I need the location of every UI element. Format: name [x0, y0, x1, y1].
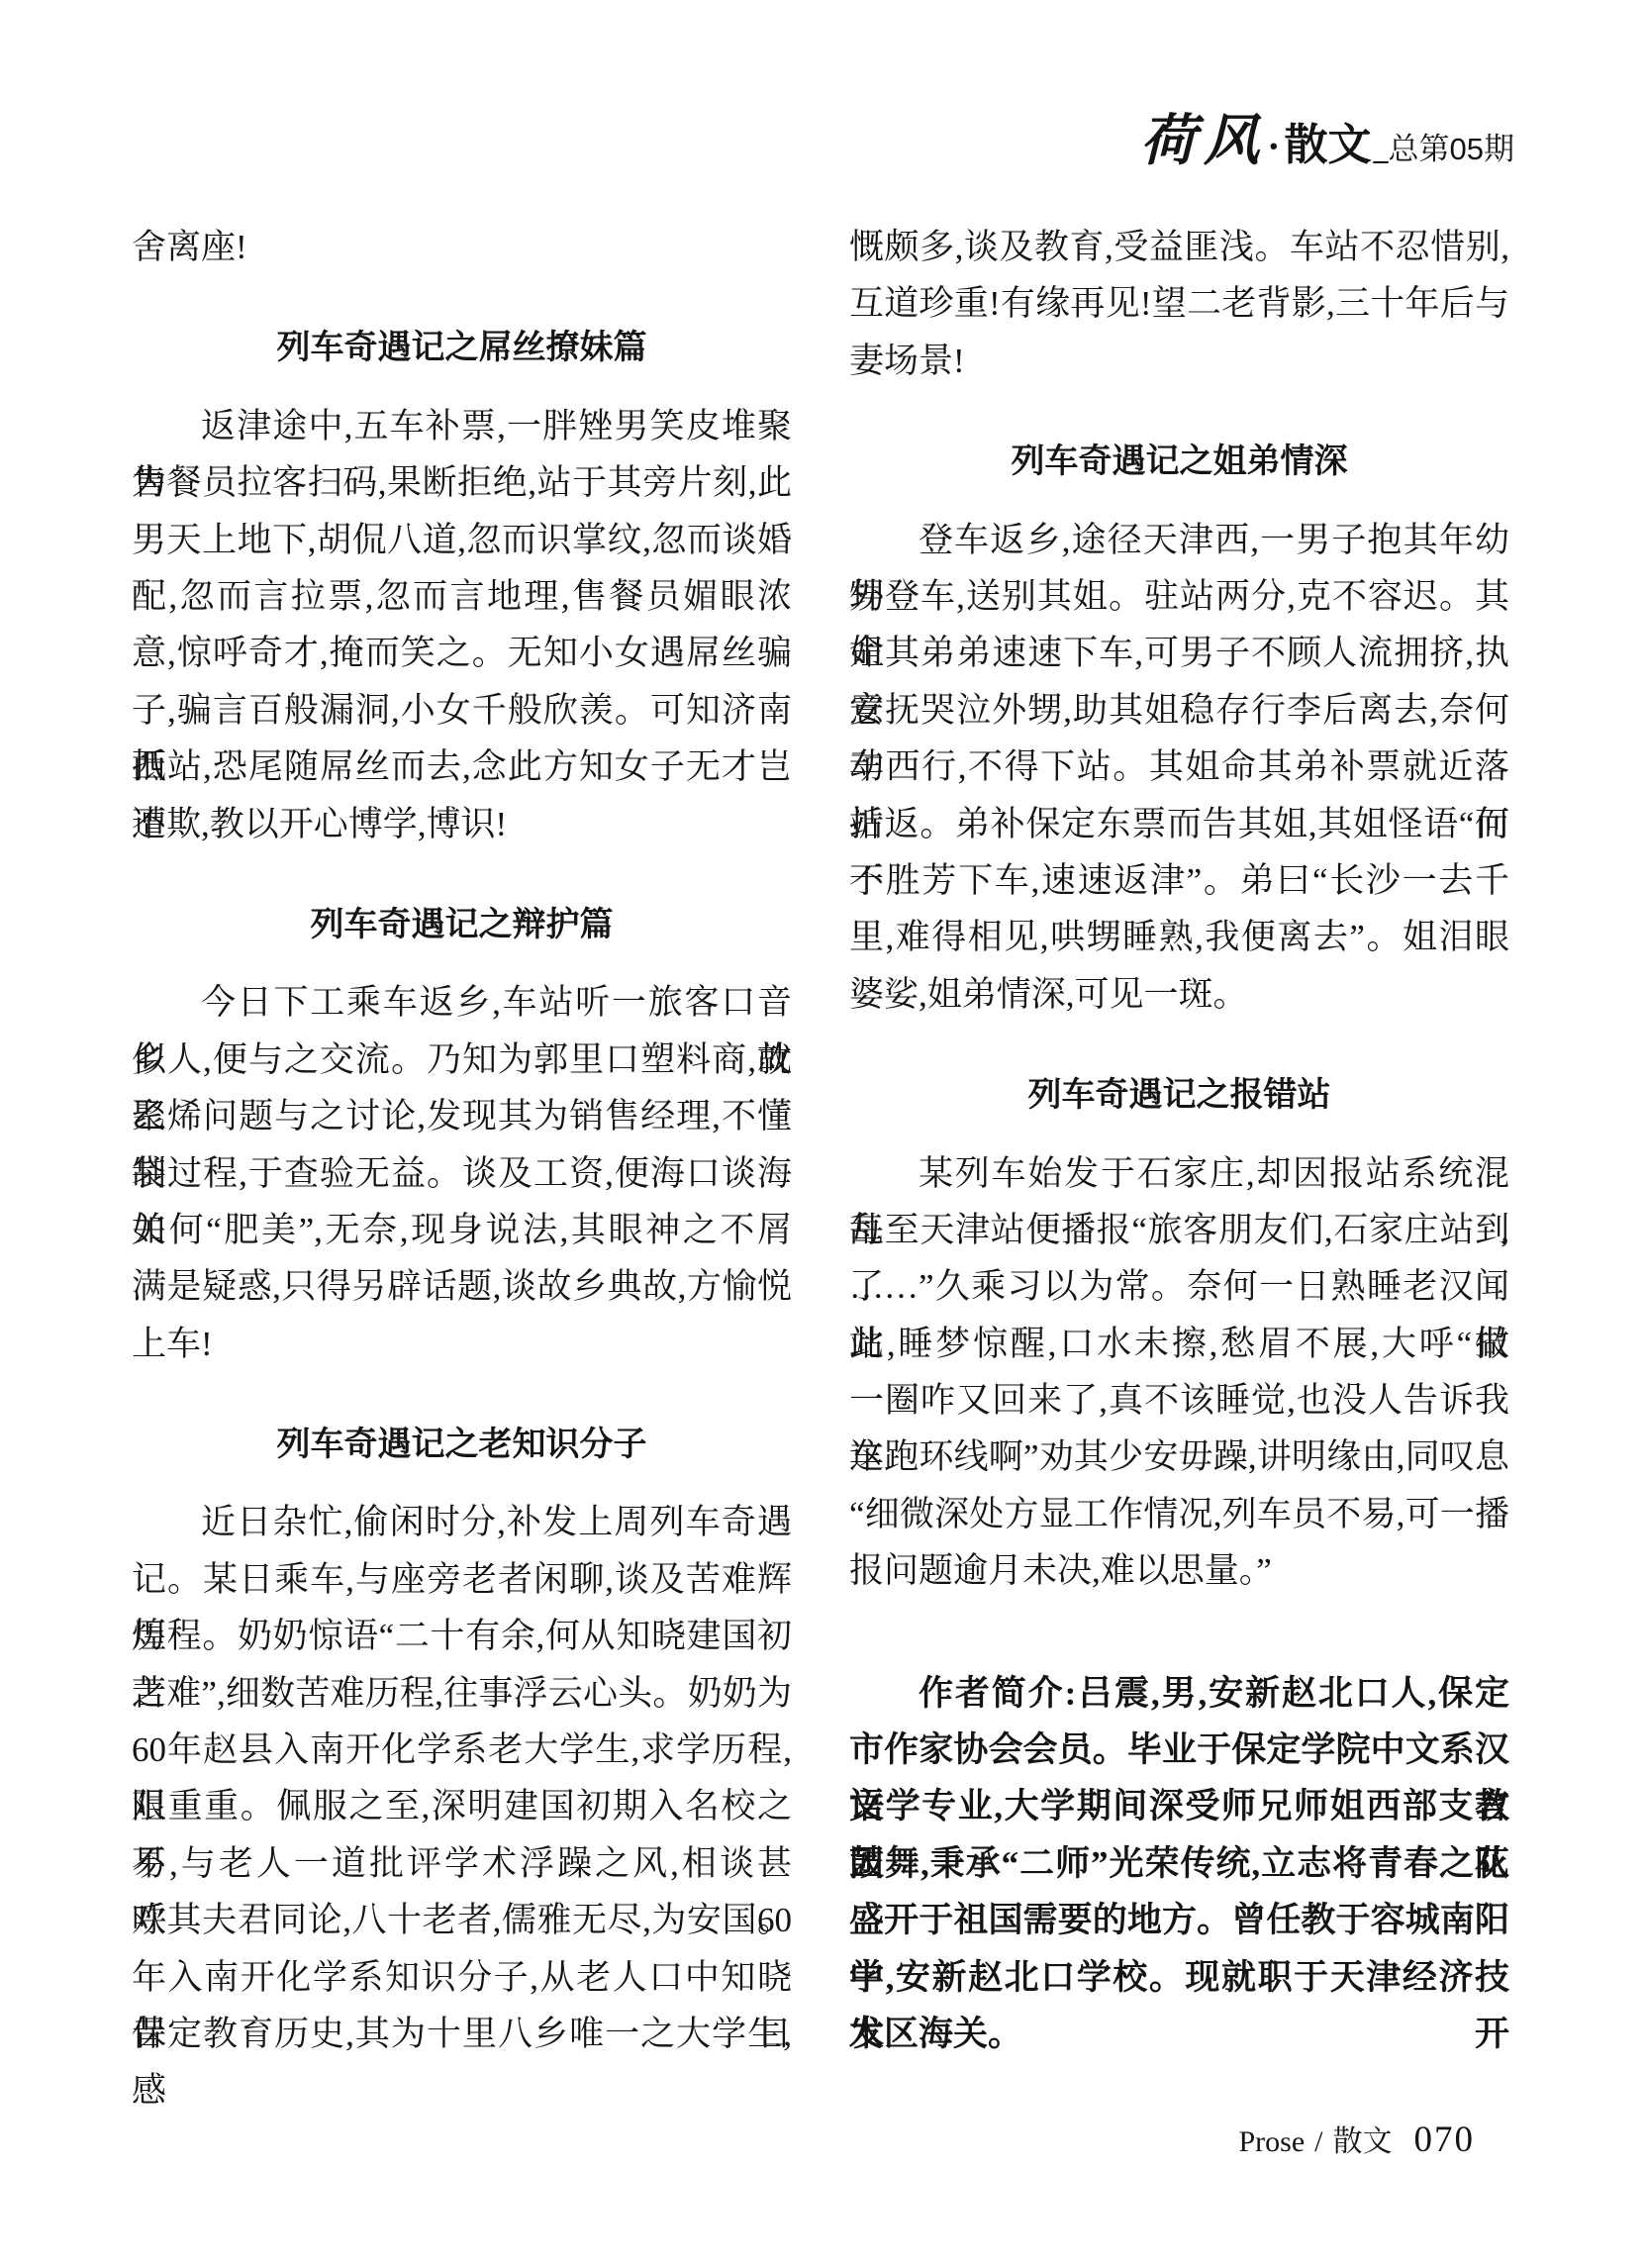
text-line: 遭欺,教以开心博学,博识!: [132, 796, 792, 852]
text-line: 满是疑惑,只得另辟话题,谈故乡典故,方愉悦: [132, 1258, 792, 1315]
paragraph: 某列车始发于石家庄,却因报站系统混乱,每至天津站便播报“旅客朋友们,石家庄站到了…: [849, 1145, 1509, 1600]
text-line: ……”久乘习以为常。奈何一日熟睡老汉闻此报: [849, 1258, 1509, 1315]
paragraph: 舍离座!: [132, 219, 792, 275]
text-line: 安抚哭泣外甥,助其姐稳存行李后离去,奈何车: [849, 682, 1509, 739]
logo-underscore: _: [1374, 134, 1389, 167]
footer-label-en: Prose: [1238, 2125, 1305, 2159]
text-line: 乡人,便与之交流。乃知为郭里口塑料商,就聚: [132, 1032, 792, 1088]
text-line: 作者简介:吕震,男,安新赵北口人,保定: [849, 1665, 1509, 1722]
text-line: 今日下工乘车返乡,车站听一旅客口音似故: [132, 974, 792, 1031]
text-line: 记。某日乘车,与座旁老者闲聊,谈及苦难辉煌: [132, 1551, 792, 1608]
paragraph: 今日下工乘车返乡,车站听一旅客口音似故乡人,便与之交流。乃知为郭里口塑料商,就聚…: [132, 974, 792, 1372]
issue-number: 总第05期: [1389, 124, 1514, 168]
paragraph: 返津途中,五车补票,一胖矬男笑皮堆聚为售餐员拉客扫码,果断拒绝,站于其旁片刻,此…: [132, 398, 792, 852]
page-footer: Prose / 散文 070: [1238, 2117, 1475, 2161]
footer-separator: /: [1314, 2125, 1322, 2159]
text-line: 意,惊呼奇才,掩而笑之。无知小女遇屌丝骗: [132, 625, 792, 681]
text-line: 60年赵县入南开化学系老大学生,求学历程,艰: [132, 1722, 792, 1778]
text-line: 报问题逾月未决,难以思量。”: [849, 1542, 1509, 1599]
text-line: 盛开于祖国需要的地方。曾任教于容城南阳中: [849, 1892, 1509, 1948]
text-line: 一圈咋又回来了,真不该睡觉,也没人告诉我这: [849, 1372, 1509, 1429]
text-line: 苦难”,细数苦难历程,往事浮云心头。奶奶为: [132, 1665, 792, 1722]
text-line: 每至天津站便播报“旅客朋友们,石家庄站到了: [849, 1202, 1509, 1258]
text-line: 如何“肥美”,无奈,现身说法,其眼神之不屑: [132, 1202, 792, 1258]
column-right: 慨颇多,谈及教育,受益匪浅。车站不忍惜别,互道珍重!有缘再见!望二老背影,三十年…: [849, 219, 1509, 2062]
text-line: 返津途中,五车补票,一胖矬男笑皮堆聚为: [132, 398, 792, 454]
text-line: 配,忽而言拉票,忽而言地理,售餐员媚眼浓: [132, 568, 792, 625]
logo-dot-separator: ·: [1267, 123, 1280, 169]
text-line: 动西行,不得下站。其姐命其弟补票就近落站而: [849, 739, 1509, 795]
footer-label-zh: 散文: [1333, 2117, 1393, 2160]
paragraph: 近日杂忙,偷闲时分,补发上周列车奇遇记。某日乘车,与座旁老者闲聊,谈及苦难辉煌历…: [132, 1494, 792, 2062]
text-line: 抵站,恐尾随屌丝而去,念此方知女子无才岂不: [132, 739, 792, 795]
text-line: 历程。奶奶惊语“二十有余,何从知晓建国初之: [132, 1608, 792, 1664]
text-line: 舍离座!: [132, 219, 792, 275]
text-line: 文学专业,大学期间深受师兄师姐西部支教团队: [849, 1778, 1509, 1834]
text-line: 年入南开化学系知识分子,从老人口中知晓昔日: [132, 1949, 792, 2006]
text-line: 阻重重。佩服之至,深明建国初期入名校之不: [132, 1778, 792, 1834]
section-heading: 列车奇遇记之老知识分子: [132, 1417, 792, 1473]
text-line: 折返。弟补保定东票而告其姐,其姐怪语“何不: [849, 796, 1509, 852]
author-bio: 作者简介:吕震,男,安新赵北口人,保定市作家协会会员。毕业于保定学院中文系汉语言…: [849, 1665, 1509, 2063]
page-header: 荷风 · 散文 _ 总第05期: [1140, 97, 1514, 176]
paragraph: 登车返乡,途径天津西,一男子抱其年幼外甥登车,送别其姐。驻站两分,克不容迟。其姐…: [849, 512, 1509, 1024]
text-line: 男天上地下,胡侃八道,忽而识掌纹,忽而谈婚: [132, 512, 792, 568]
text-line: 乙烯问题与之讨论,发现其为销售经理,不懂制: [132, 1088, 792, 1144]
text-line: 保定教育历史,其为十里八乡唯一之大学生,感: [132, 2006, 792, 2062]
text-line: 市作家协会会员。毕业于保定学院中文系汉语言: [849, 1722, 1509, 1778]
text-line: 呼其夫君同论,八十老者,儒雅无尽,为安国60: [132, 1892, 792, 1948]
text-line: 上车!: [132, 1316, 792, 1372]
text-line: 命其弟弟速速下车,可男子不顾人流拥挤,执意: [849, 625, 1509, 681]
text-line: 某列车始发于石家庄,却因报站系统混乱,: [849, 1145, 1509, 1202]
text-line: 学,安新赵北口学校。现就职于天津经济技术开: [849, 1949, 1509, 2006]
text-line: 里,难得相见,哄甥睡熟,我便离去”。姐泪眼: [849, 909, 1509, 965]
magazine-logo-section: 散文: [1285, 109, 1372, 172]
text-line: 于胜芳下车,速速返津”。弟曰“长沙一去千: [849, 852, 1509, 909]
text-line: 售餐员拉客扫码,果断拒绝,站于其旁片刻,此: [132, 454, 792, 511]
text-line: 慨颇多,谈及教育,受益匪浅。车站不忍惜别,: [849, 219, 1509, 275]
section-heading: 列车奇遇记之辩护篇: [132, 897, 792, 953]
text-line: 甥登车,送别其姐。驻站两分,克不容迟。其姐: [849, 568, 1509, 625]
paragraph: 慨颇多,谈及教育,受益匪浅。车站不忍惜别,互道珍重!有缘再见!望二老背影,三十年…: [849, 219, 1509, 389]
section-heading: 列车奇遇记之报错站: [849, 1067, 1509, 1124]
text-line: 子,骗言百般漏洞,小女千般欣羡。可知济南西: [132, 682, 792, 739]
magazine-page: 荷风 · 散文 _ 总第05期 舍离座!列车奇遇记之屌丝撩妹篇返津途中,五车补票…: [0, 0, 1646, 2268]
section-heading: 列车奇遇记之姐弟情深: [849, 434, 1509, 490]
text-line: 袋过程,于查验无益。谈及工资,便海口谈海关: [132, 1145, 792, 1202]
section-heading: 列车奇遇记之屌丝撩妹篇: [132, 320, 792, 376]
text-line: 鼓舞,秉承“二师”光荣传统,立志将青春之花: [849, 1835, 1509, 1892]
text-line: 婆娑,姐弟情深,可见一斑。: [849, 966, 1509, 1023]
text-line: “细微深处方显工作情况,列车员不易,可一播: [849, 1486, 1509, 1542]
text-line: 互道珍重!有缘再见!望二老背影,三十年后与: [849, 275, 1509, 332]
column-left: 舍离座!列车奇遇记之屌丝撩妹篇返津途中,五车补票,一胖矬男笑皮堆聚为售餐员拉客扫…: [132, 219, 792, 2062]
text-line: 近日杂忙,偷闲时分,补发上周列车奇遇: [132, 1494, 792, 1550]
text-line: 登车返乡,途径天津西,一男子抱其年幼外: [849, 512, 1509, 568]
text-line: 妻场景!: [849, 333, 1509, 389]
text-line: 易,与老人一道批评学术浮躁之风,相谈甚欢。: [132, 1835, 792, 1892]
text-line: 站,睡梦惊醒,口水未擦,愁眉不展,大呼“做: [849, 1316, 1509, 1372]
page-number: 070: [1414, 2119, 1476, 2161]
magazine-logo-script: 荷风: [1140, 97, 1267, 176]
text-line: 车跑环线啊”劝其少安毋躁,讲明缘由,同叹息: [849, 1429, 1509, 1485]
